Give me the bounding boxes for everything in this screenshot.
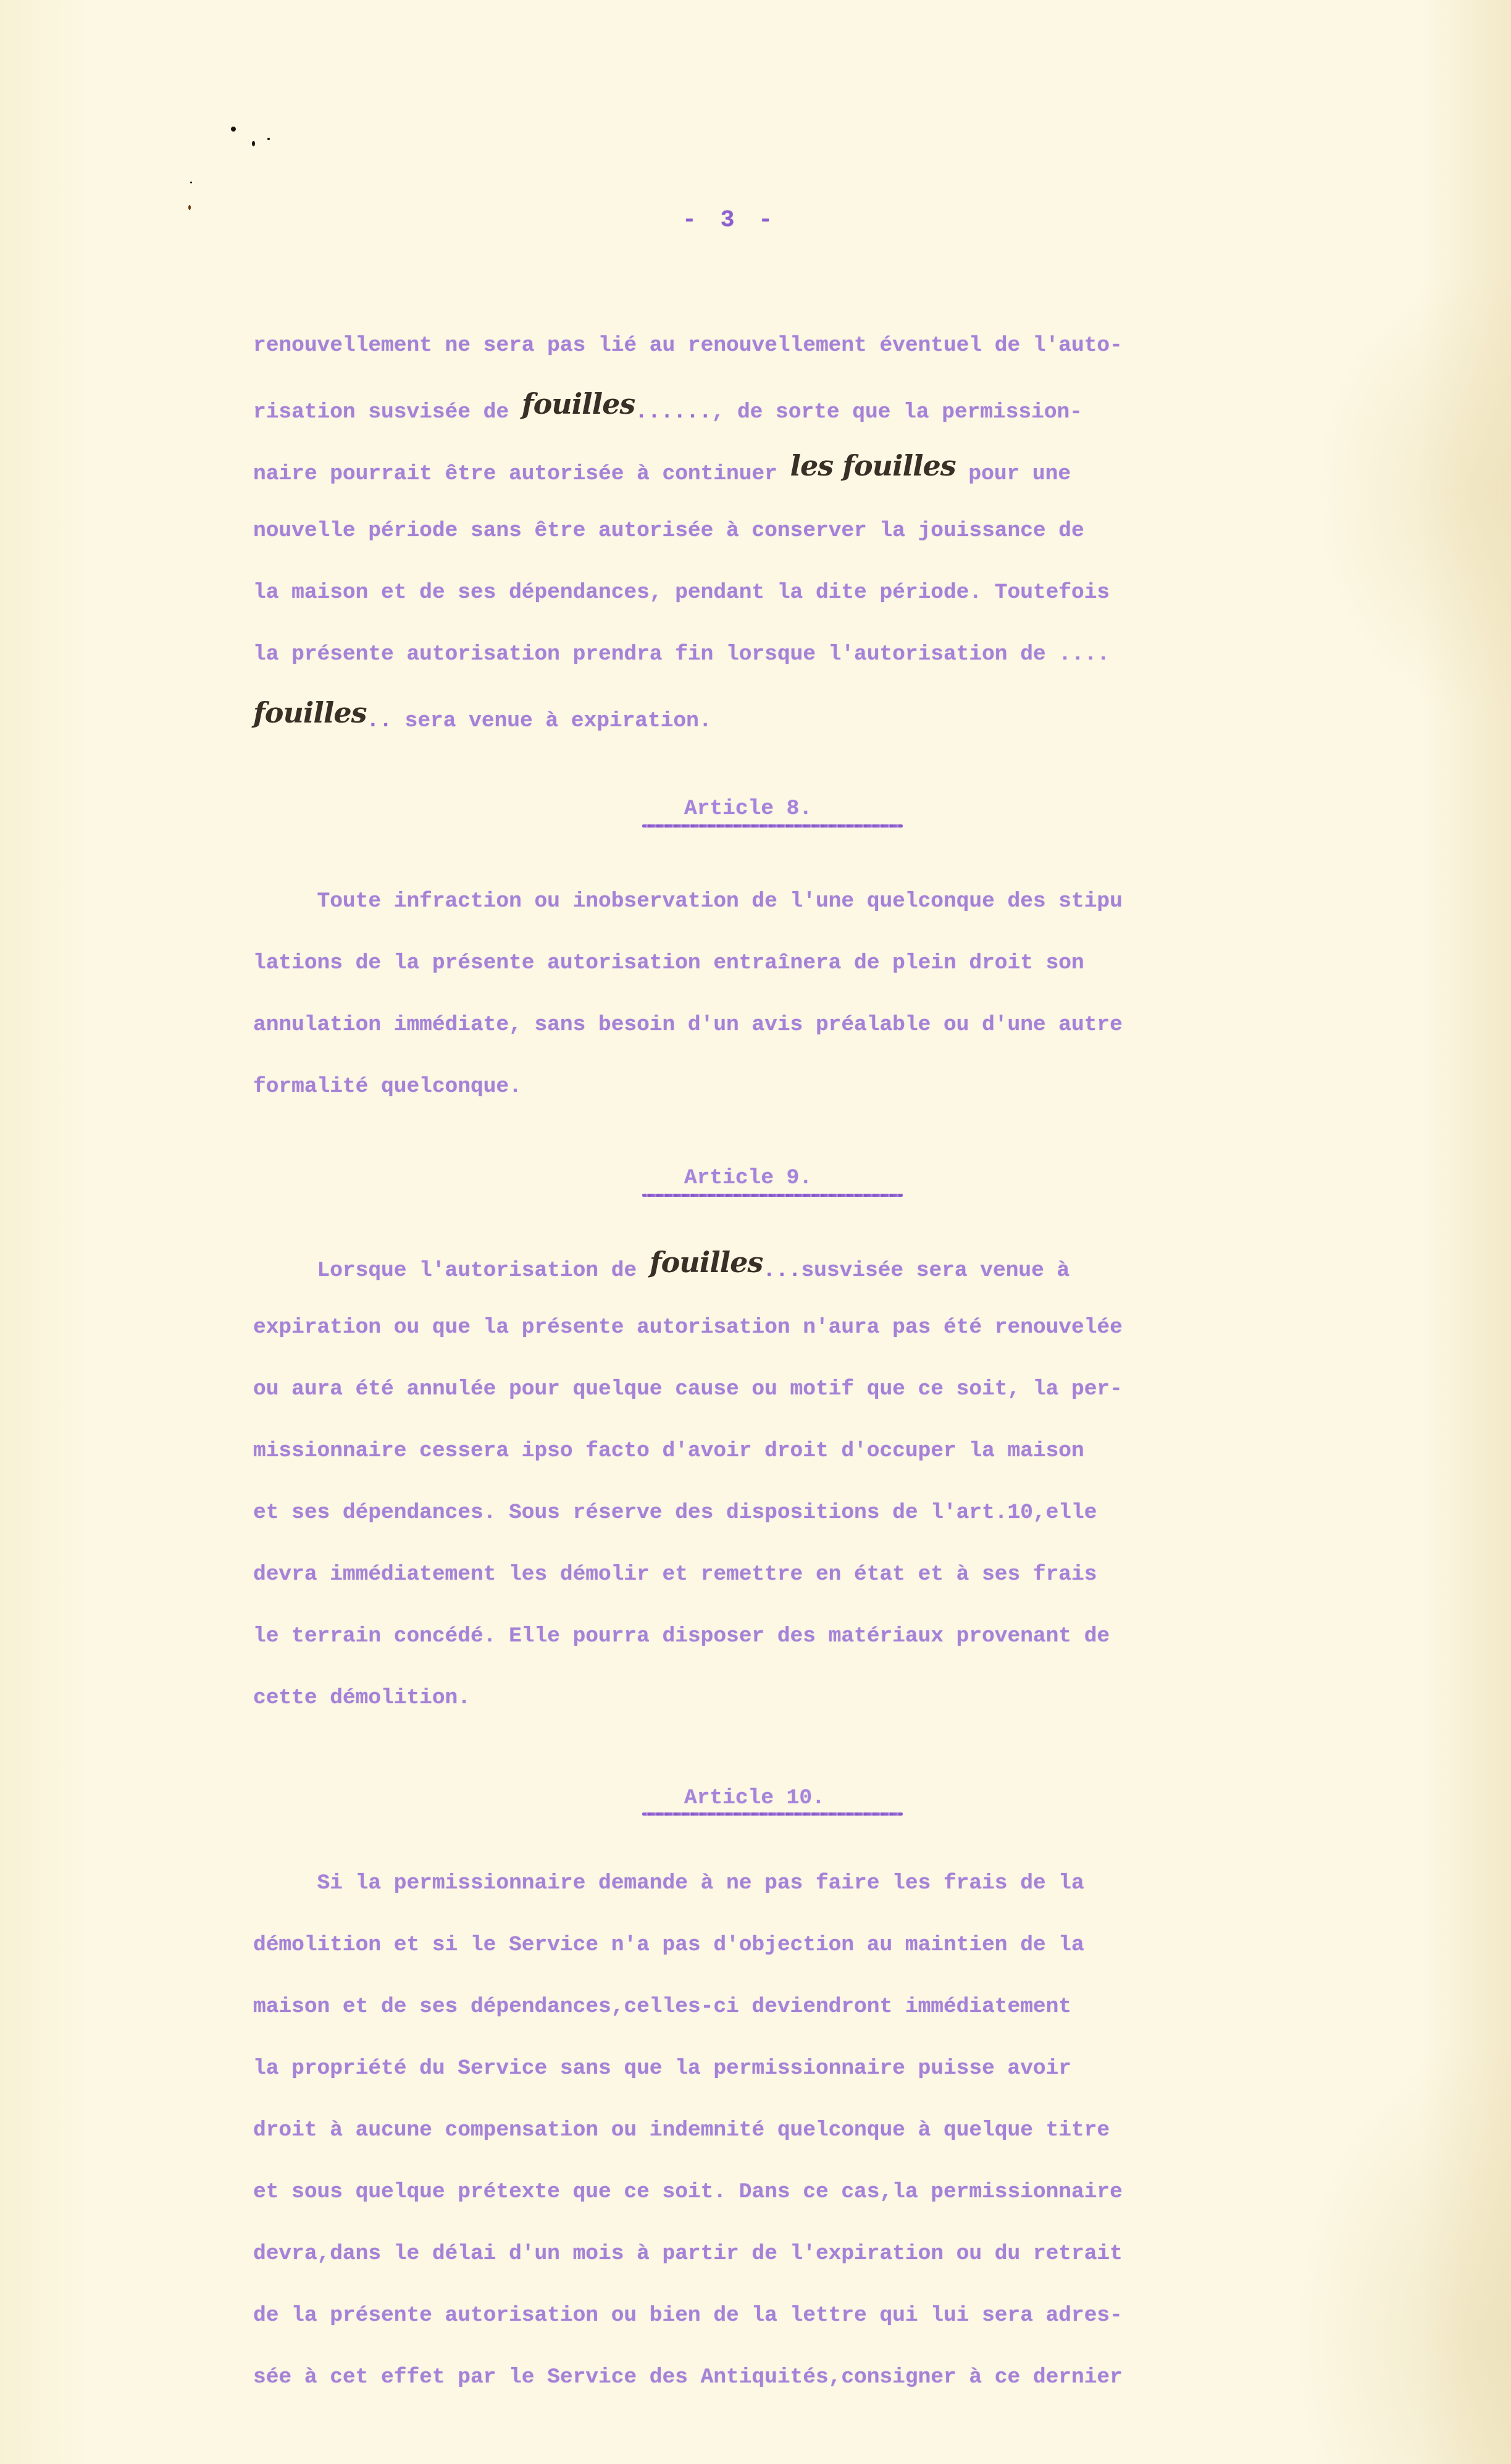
typed-text: naire pourrait être autorisée à continue…: [253, 462, 790, 486]
text-line: sée à cet effet par le Service des Antiq…: [253, 2365, 1123, 2390]
typed-text: renouvellement ne sera pas lié au renouv…: [253, 333, 1123, 358]
text-line: de la présente autorisation ou bien de l…: [253, 2303, 1123, 2328]
typed-text: cette démolition.: [253, 1686, 471, 1710]
typed-text: sera venue à expiration.: [392, 709, 712, 733]
text-line: risation susvisée de fouilles......, de …: [253, 395, 1082, 425]
typed-text: lations de la présente autorisation entr…: [253, 951, 1084, 975]
typed-text: maison et de ses dépendances,celles-ci d…: [253, 1995, 1071, 2019]
typed-text: Si la permissionnaire demande à ne pas f…: [253, 1871, 1084, 1895]
text-line: lations de la présente autorisation entr…: [253, 951, 1084, 976]
text-line: ou aura été annulée pour quelque cause o…: [253, 1377, 1123, 1402]
text-line: Toute infraction ou inobservation de l'u…: [253, 889, 1123, 914]
ink-speck: [231, 127, 236, 132]
heading-underline: [642, 824, 903, 828]
typed-text: Lorsque l'autorisation de: [253, 1259, 650, 1283]
text-line: droit à aucune compensation ou indemnité…: [253, 2118, 1110, 2143]
heading-underline: [642, 1194, 903, 1197]
handwritten-insertion: fouilles: [650, 1250, 763, 1275]
ink-speck: [190, 182, 192, 183]
typed-text: sée à cet effet par le Service des Antiq…: [253, 2365, 1123, 2389]
typed-text: Toute infraction ou inobservation de l'u…: [253, 889, 1123, 913]
text-line: et sous quelque prétexte que ce soit. Da…: [253, 2180, 1123, 2205]
typed-dots: ...: [763, 1259, 801, 1283]
typed-text: la maison et de ses dépendances, pendant…: [253, 580, 1110, 605]
typed-text: droit à aucune compensation ou indemnité…: [253, 2118, 1110, 2142]
text-line: devra,dans le délai d'un mois à partir d…: [253, 2242, 1123, 2266]
text-line: annulation immédiate, sans besoin d'un a…: [253, 1013, 1123, 1037]
typed-text: devra,dans le délai d'un mois à partir d…: [253, 2242, 1123, 2266]
article-heading: Article 9.: [684, 1166, 812, 1191]
text-line: la maison et de ses dépendances, pendant…: [253, 580, 1110, 605]
text-line: démolition et si le Service n'a pas d'ob…: [253, 1933, 1084, 1958]
ink-speck: [267, 138, 270, 140]
typed-text: annulation immédiate, sans besoin d'un a…: [253, 1013, 1123, 1037]
typed-text: la présente autorisation prendra fin lor…: [253, 642, 1110, 666]
typed-text: pour une: [956, 462, 1071, 486]
typed-text: et sous quelque prétexte que ce soit. Da…: [253, 2180, 1123, 2204]
handwritten-insertion: fouilles: [253, 700, 367, 725]
text-line: Lorsque l'autorisation de fouilles...sus…: [253, 1254, 1069, 1283]
ink-speck: [252, 141, 255, 146]
typed-text: démolition et si le Service n'a pas d'ob…: [253, 1933, 1084, 1957]
typed-text: le terrain concédé. Elle pourra disposer…: [253, 1624, 1110, 1648]
text-line: cette démolition.: [253, 1686, 471, 1711]
text-line: Si la permissionnaire demande à ne pas f…: [253, 1871, 1084, 1896]
typed-text: formalité quelconque.: [253, 1075, 522, 1099]
text-line: la présente autorisation prendra fin lor…: [253, 642, 1110, 667]
typed-text: et ses dépendances. Sous réserve des dis…: [253, 1501, 1097, 1525]
handwritten-insertion: fouilles: [522, 392, 635, 416]
text-line: la propriété du Service sans que la perm…: [253, 2056, 1071, 2081]
handwritten-insertion: les fouilles: [790, 453, 956, 478]
text-line: renouvellement ne sera pas lié au renouv…: [253, 333, 1123, 358]
typed-text: expiration ou que la présente autorisati…: [253, 1315, 1123, 1339]
typed-text: risation susvisée de: [253, 400, 522, 424]
typed-text: , de sorte que la permission-: [712, 400, 1082, 424]
text-line: nouvelle période sans être autorisée à c…: [253, 519, 1084, 543]
text-line: expiration ou que la présente autorisati…: [253, 1315, 1123, 1340]
text-line: le terrain concédé. Elle pourra disposer…: [253, 1624, 1110, 1649]
text-line: et ses dépendances. Sous réserve des dis…: [253, 1501, 1097, 1525]
typed-dots: ..: [367, 709, 392, 733]
article-heading: Article 8.: [684, 797, 812, 821]
typed-text: ou aura été annulée pour quelque cause o…: [253, 1377, 1123, 1401]
typed-text: la propriété du Service sans que la perm…: [253, 2056, 1071, 2081]
text-line: naire pourrait être autorisée à continue…: [253, 457, 1071, 487]
text-line: maison et de ses dépendances,celles-ci d…: [253, 1995, 1071, 2019]
text-line: missionnaire cessera ipso facto d'avoir …: [253, 1439, 1084, 1464]
typed-dots: ......: [635, 400, 711, 424]
ink-speck: [188, 205, 191, 210]
text-line: fouilles.. sera venue à expiration.: [253, 704, 712, 734]
typed-text: nouvelle période sans être autorisée à c…: [253, 519, 1084, 543]
text-line: devra immédiatement les démolir et remet…: [253, 1562, 1097, 1587]
page-number: - 3 -: [682, 207, 777, 233]
typed-text: devra immédiatement les démolir et remet…: [253, 1562, 1097, 1586]
text-line: formalité quelconque.: [253, 1075, 522, 1099]
article-heading: Article 10.: [684, 1786, 825, 1811]
typed-text: de la présente autorisation ou bien de l…: [253, 2303, 1123, 2328]
typed-text: missionnaire cessera ipso facto d'avoir …: [253, 1439, 1084, 1463]
heading-underline: [642, 1812, 903, 1816]
document-page: - 3 - renouvellement ne sera pas lié au …: [0, 0, 1511, 2464]
typed-text: susvisée sera venue à: [801, 1259, 1069, 1283]
